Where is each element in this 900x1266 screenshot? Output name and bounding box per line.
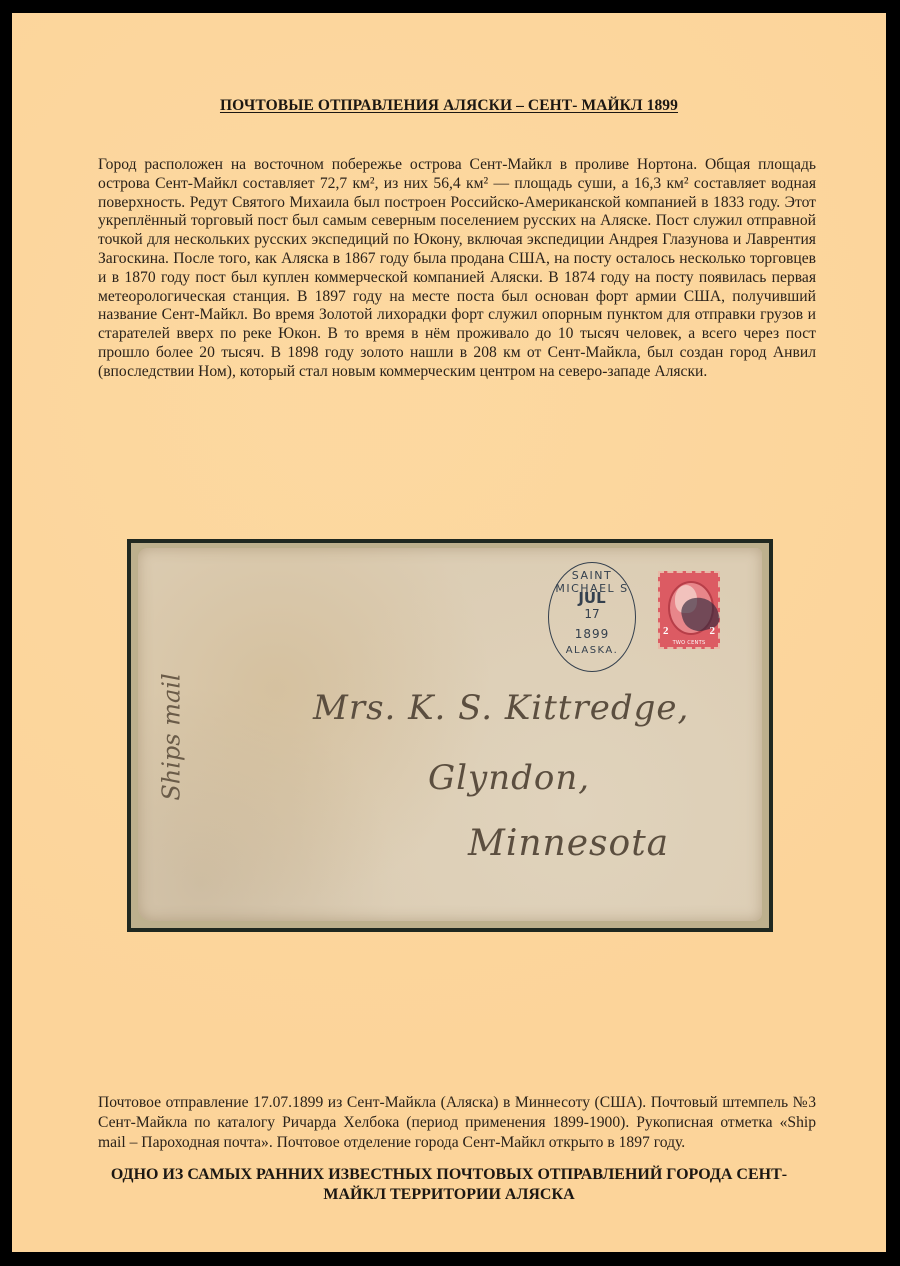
postmark-territory: ALASKA.: [549, 645, 635, 656]
address-line-1: Mrs. K. S. Kittredge,: [313, 688, 689, 728]
envelope-caption: Почтовое отправление 17.07.1899 из Сент-…: [98, 1093, 816, 1153]
history-text: Город расположен на восточном побережье …: [98, 156, 816, 382]
envelope-cover: Ships mail SAINT MICHAEL S JUL 17 1899 A…: [138, 548, 762, 921]
stamp-value-right: 2: [710, 625, 716, 637]
footer-title: ОДНО ИЗ САМЫХ РАННИХ ИЗВЕСТНЫХ ПОЧТОВЫХ …: [92, 1165, 806, 1205]
stamp-value-left: 2: [663, 625, 669, 637]
postage-stamp: 2 2 TWO CENTS: [658, 571, 720, 649]
page-title: ПОЧТОВЫЕ ОТПРАВЛЕНИЯ АЛЯСКИ – СЕНТ- МАЙК…: [12, 97, 886, 115]
address-line-3: Minnesota: [468, 823, 669, 864]
address-line-2: Glyndon,: [428, 758, 590, 798]
envelope-frame: Ships mail SAINT MICHAEL S JUL 17 1899 A…: [127, 539, 773, 932]
postmark-year: 1899: [549, 627, 635, 641]
postmark-day: 17: [549, 607, 635, 621]
ship-mail-marking: Ships mail: [158, 673, 186, 800]
stamp-denomination-label: TWO CENTS: [660, 640, 718, 646]
exhibit-page: ПОЧТОВЫЕ ОТПРАВЛЕНИЯ АЛЯСКИ – СЕНТ- МАЙК…: [12, 13, 886, 1252]
envelope-mount: Ships mail SAINT MICHAEL S JUL 17 1899 A…: [131, 543, 769, 928]
postmark-month: JUL: [549, 589, 635, 607]
postmark-cancel: SAINT MICHAEL S JUL 17 1899 ALASKA.: [548, 562, 636, 672]
